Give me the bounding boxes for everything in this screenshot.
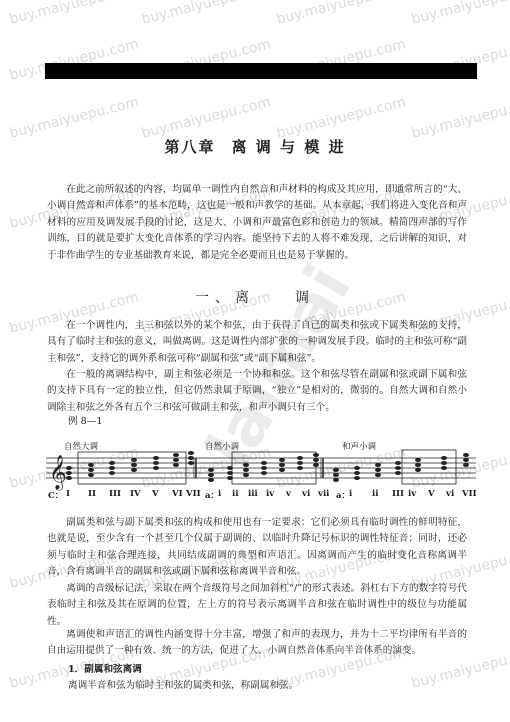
degree-label: i (349, 489, 352, 499)
degree-label: vi (302, 489, 310, 499)
header-rule (45, 63, 477, 79)
watermark: buy.maiyuepu.com (140, 94, 272, 142)
section-paragraph: 在一般的离调结构中，副主和弦必须是一个协和和弦。这个和弦尽管在副属和弦或副下属和… (47, 367, 467, 416)
degree-label: I (66, 489, 70, 499)
subsection-title: 1．副属和弦离调 (68, 661, 142, 675)
degree-label: iii (248, 489, 258, 499)
watermark: buy.maiyuepu.com (410, 0, 510, 28)
section-title: 一、离 调 (0, 287, 510, 307)
degree-label: IV (130, 489, 141, 499)
key-label: a： (205, 489, 219, 501)
degree-label: ii (232, 489, 238, 499)
svg-text:𝄞: 𝄞 (49, 455, 67, 491)
watermark: buy.maiyuepu.com (8, 0, 140, 28)
degree-label: VI (172, 489, 183, 499)
intro-paragraph: 在此之前所叙述的内容，均属单一调性内自然音和声材料的构成及其应用，即通常所言的“… (47, 182, 467, 264)
watermark: buy.maiyuepu.com (410, 94, 510, 142)
watermark: buy.maiyuepu.com (275, 0, 407, 28)
body-paragraph: 离调使和声语汇的调性内涵变得十分丰富，增强了和声的表现力，并为十二平均律所有半音… (47, 627, 467, 660)
watermark: buy.maiyuepu.com (8, 94, 140, 142)
chapter-name: 离 调 与 模 进 (232, 138, 346, 156)
degree-label: V (428, 489, 435, 499)
degree-label: i (218, 489, 221, 499)
degree-label: vi (446, 489, 454, 499)
key-label: a： (336, 489, 350, 501)
body-paragraph: 副属类和弦与副下属类和弦的构成和使用也有一定要求：它们必须具有临时调性的鲜明特征… (47, 515, 467, 581)
degree-label: vii (318, 489, 329, 499)
example-label: 例 8—1 (68, 413, 102, 427)
degree-label: II (88, 489, 96, 499)
degree-label: ii (372, 489, 378, 499)
degree-label: iv (408, 489, 416, 499)
degree-label: III (392, 489, 404, 499)
degree-label: III (109, 489, 121, 499)
watermark: buy.maiyuepu.com (140, 0, 272, 28)
degree-label: iv (266, 489, 274, 499)
degree-label: VII (462, 489, 477, 499)
subsection-text: 离调半音和弦为临时主和弦的属类和弦，称副属和弦。 (68, 678, 468, 694)
body-paragraph: 离调的音级标记法，采取在两个音级符号之间加斜杠“/”的形式表述。斜杠右下方的数字… (47, 581, 467, 630)
section-paragraph: 在一个调性内，主三和弦以外的某个和弦，由于获得了自己的属类和弦或下属类和弦的支持… (47, 318, 467, 367)
degree-label: VII (186, 489, 201, 499)
chapter-title: 第八章离 调 与 模 进 (0, 136, 510, 157)
degree-label: V (152, 489, 159, 499)
key-label: C： (48, 489, 63, 501)
degree-label: v (286, 489, 291, 499)
chapter-number: 第八章 (165, 138, 216, 156)
watermark: buy.maiyuepu.com (275, 94, 407, 142)
